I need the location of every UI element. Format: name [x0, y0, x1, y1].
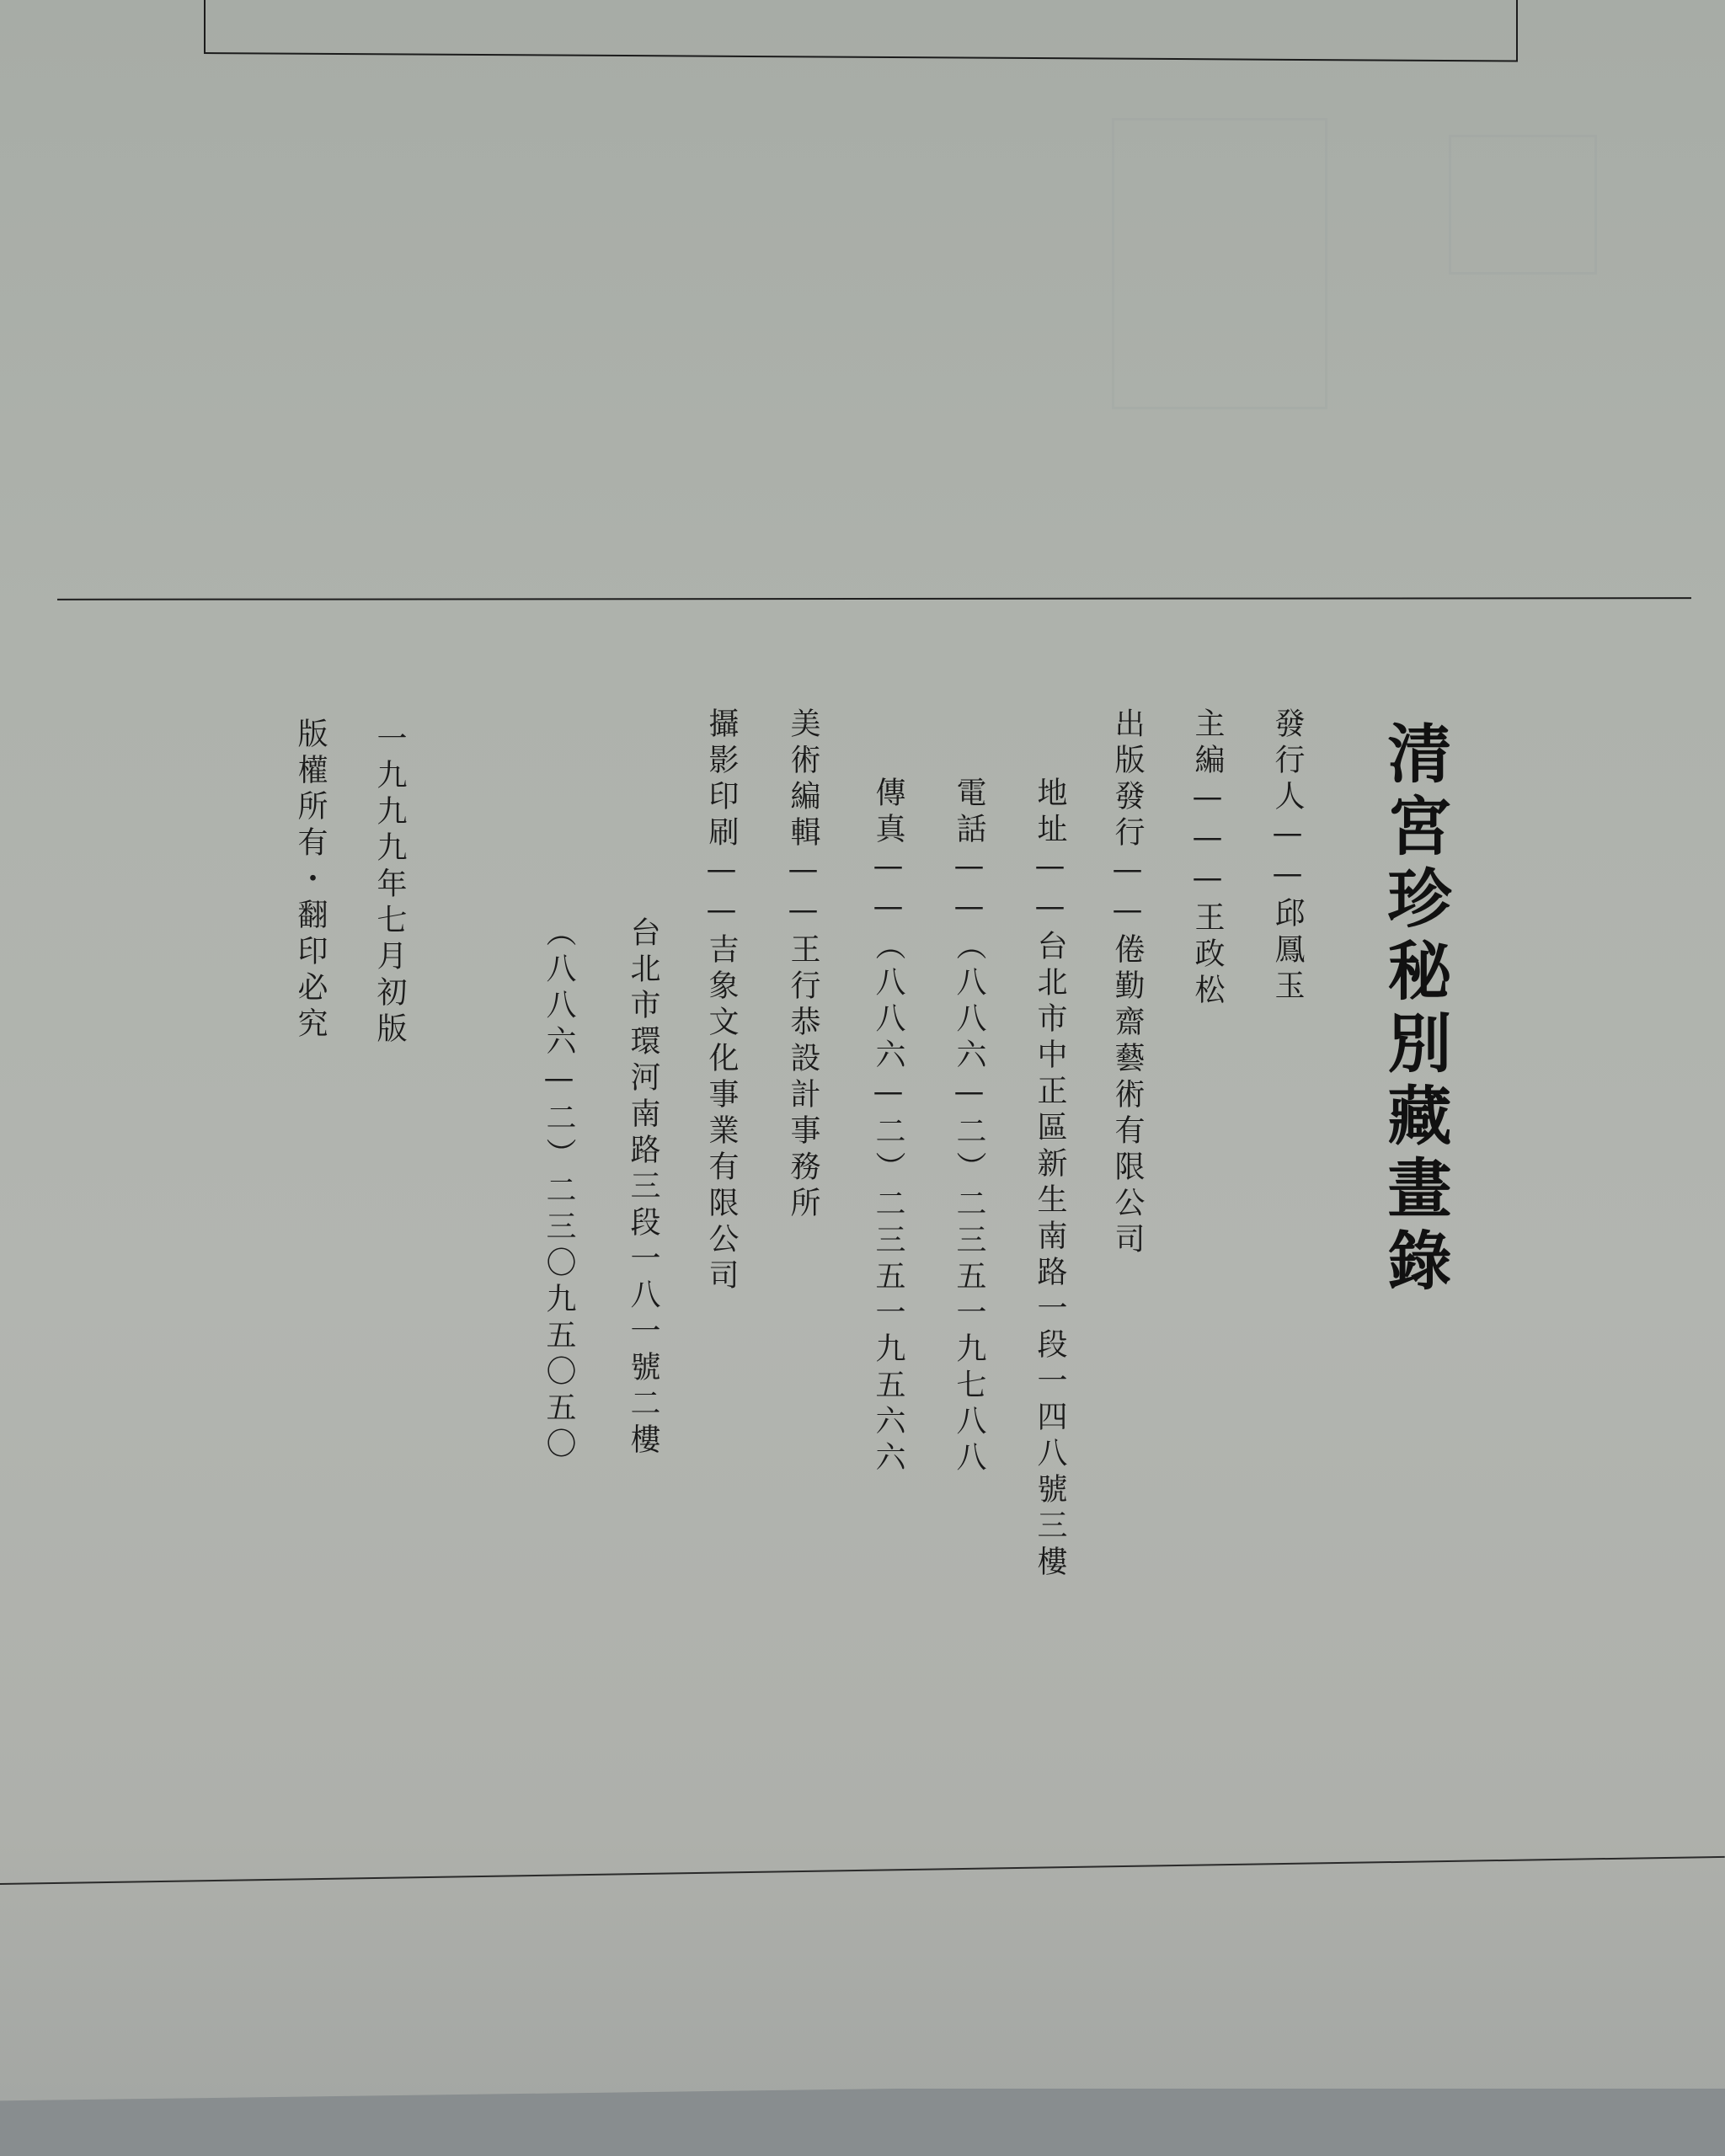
entry-label: 發行人 — [1270, 707, 1305, 816]
faint-watermark-seal — [1112, 118, 1327, 409]
entry-separator: —— — [953, 849, 984, 930]
entry-label: 攝影印刷 — [704, 707, 739, 852]
entry-label: 出版發行 — [1110, 707, 1145, 852]
entry-separator: —— — [706, 852, 736, 933]
entry-label: 傳真 — [871, 776, 905, 849]
entry-publisher: 發行人——邱鳳玉 — [1272, 707, 1302, 1006]
entry-chief-editor: 主編———王政松 — [1192, 707, 1222, 1010]
entry-photo-printing: 攝影印刷——吉象文化事業有限公司 — [706, 707, 736, 1295]
entry-separator: —— — [1112, 852, 1142, 933]
copyright-notice: 版權所有・翻印必究 — [295, 718, 325, 1043]
entry-separator: —— — [1034, 849, 1065, 930]
book-title: 清宮珍秘別藏畫錄 — [1369, 720, 1461, 1299]
entry-address: 地址——台北市中正區新生南路一段一四八號三樓 — [1034, 776, 1065, 1582]
printer-phone: （八八六—二）二三〇九五〇五〇 — [543, 916, 574, 1464]
entry-fax: 傳真——（八八六—二）二三五一九五六六 — [873, 776, 903, 1477]
entry-value: 倦勤齋藝術有限公司 — [1110, 933, 1145, 1259]
entry-label: 美術編輯 — [786, 707, 820, 852]
entry-value: 王政松 — [1190, 901, 1225, 1010]
entry-phone: 電話——（八八六—二）二三五一九七八八 — [953, 776, 984, 1477]
entry-separator: —— — [1272, 816, 1302, 897]
faint-watermark-seal — [1449, 135, 1597, 275]
horizontal-rule-bottom — [0, 1856, 1725, 1885]
entry-value: 台北市中正區新生南路一段一四八號三樓 — [1033, 930, 1067, 1582]
top-page-frame — [204, 0, 1518, 62]
printer-address: 台北市環河南路三段一八一號二樓 — [628, 916, 658, 1460]
entry-value: 邱鳳玉 — [1270, 897, 1305, 1006]
entry-value: （八八六—二）二三五一九五六六 — [871, 930, 905, 1477]
entry-label: 電話 — [952, 776, 986, 849]
table-surface — [0, 2089, 1725, 2156]
entry-value: 吉象文化事業有限公司 — [704, 933, 739, 1295]
entry-separator: —— — [788, 852, 818, 933]
entry-art-editor: 美術編輯——王行恭設計事務所 — [788, 707, 818, 1223]
entry-label: 地址 — [1033, 776, 1067, 849]
entry-publishing: 出版發行——倦勤齋藝術有限公司 — [1112, 707, 1142, 1259]
entry-value: （八八六—二）二三五一九七八八 — [952, 930, 986, 1477]
entry-label: 主編 — [1190, 707, 1225, 780]
edition-date: 一九九九年七月初版 — [374, 723, 404, 1049]
horizontal-rule-top — [57, 597, 1691, 600]
entry-value: 王行恭設計事務所 — [786, 933, 820, 1223]
entry-separator: —— — [873, 849, 903, 930]
entry-separator: ——— — [1192, 780, 1222, 901]
